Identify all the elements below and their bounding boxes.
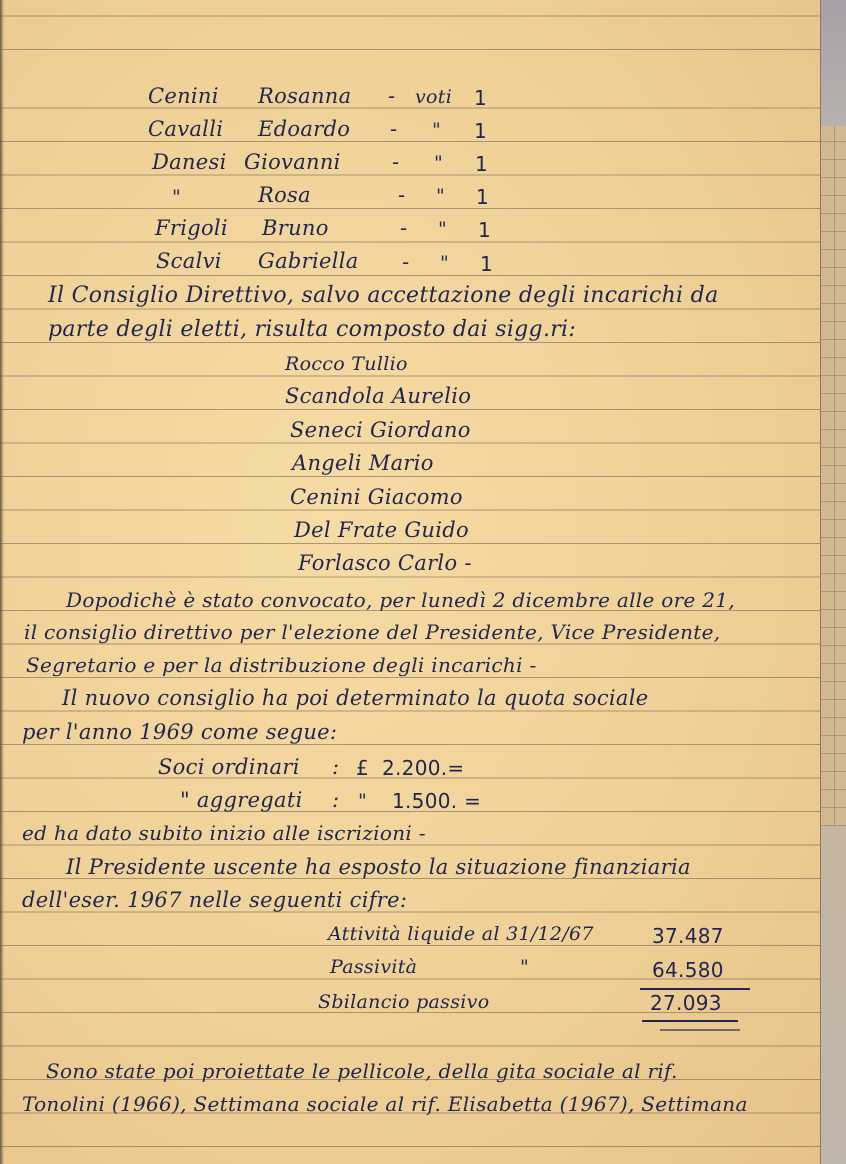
total-underline (642, 1020, 738, 1022)
fee-amount: 1.500. = (392, 791, 481, 811)
total-double-underline (660, 1029, 740, 1031)
vote-count: 1 (480, 254, 493, 274)
council-intro-line1: Il Consiglio Direttivo, salvo accettazio… (48, 285, 718, 307)
vote-dash: - (400, 218, 407, 239)
vote-surname: Cavalli (148, 119, 223, 140)
fee-label: " aggregati (180, 790, 303, 811)
vote-name: Rosa (258, 185, 311, 206)
fee-amount: 2.200.= (382, 758, 464, 778)
notebook-page: Cenini Rosanna - voti 1 Cavalli Edoardo … (0, 0, 820, 1164)
council-member: Scandola Aurelio (285, 386, 471, 407)
fees-line1: Il nuovo consiglio ha poi determinato la… (62, 688, 649, 709)
fee-currency: " (358, 792, 367, 811)
council-member: Forlasco Carlo - (298, 553, 472, 574)
finance-label: Sbilancio passivo (318, 993, 489, 1012)
vote-marker: " (438, 220, 447, 239)
finance-amount: 64.580 (652, 960, 724, 980)
vote-count: 1 (478, 220, 491, 240)
vote-surname: Scalvi (156, 251, 222, 272)
vote-count: 1 (476, 187, 489, 207)
vote-dash: - (392, 152, 399, 173)
finance-line1: Il Presidente uscente ha esposto la situ… (66, 857, 691, 878)
fees-line2: per l'anno 1969 come segue: (22, 722, 337, 743)
finance-amount: 27.093 (650, 993, 722, 1013)
vote-name: Giovanni (244, 152, 341, 173)
vote-surname: Danesi (152, 152, 227, 173)
vote-surname: " (172, 188, 181, 207)
vote-name: Gabriella (258, 251, 359, 272)
fees-closing: ed ha dato subito inizio alle iscrizioni… (22, 823, 426, 843)
vote-marker: " (434, 154, 443, 173)
vote-marker: " (432, 121, 441, 140)
vote-name: Rosanna (258, 86, 351, 107)
vote-count: 1 (474, 88, 487, 108)
sum-line (640, 988, 750, 990)
vote-surname: Frigoli (155, 218, 228, 239)
vote-count: 1 (475, 154, 488, 174)
graph-paper-edge (820, 126, 846, 826)
convocation-line2: il consiglio direttivo per l'elezione de… (24, 622, 720, 642)
vote-name: Edoardo (258, 119, 350, 140)
convocation-line3: Segretario e per la distribuzione degli … (26, 655, 537, 675)
vote-dash: - (398, 185, 405, 206)
vote-count: 1 (474, 121, 487, 141)
vote-marker: voti (415, 88, 452, 107)
fee-label: Soci ordinari (158, 757, 300, 778)
council-member: Seneci Giordano (290, 420, 471, 441)
page-binding-shadow (0, 0, 4, 1164)
council-member: Del Frate Guido (294, 520, 469, 541)
convocation-line1: Dopodichè è stato convocato, per lunedì … (66, 590, 735, 610)
vote-name: Bruno (262, 218, 329, 239)
vote-dash: - (390, 119, 397, 140)
fee-sep: : (332, 790, 339, 811)
fee-currency: £ (356, 758, 369, 778)
finance-label: Passività (330, 958, 417, 977)
vote-marker: " (436, 187, 445, 206)
films-line1: Sono state poi proiettate le pellicole, … (46, 1061, 678, 1081)
finance-label: Attività liquide al 31/12/67 (328, 925, 594, 944)
vote-dash: - (402, 252, 409, 273)
vote-dash: - (388, 86, 395, 107)
finance-amount: 37.487 (652, 926, 724, 946)
vote-surname: Cenini (148, 86, 219, 107)
vote-marker: " (440, 254, 449, 273)
finance-line2: dell'eser. 1967 nelle seguenti cifre: (22, 890, 407, 911)
council-member: Cenini Giacomo (290, 487, 463, 508)
council-intro-line2: parte degli eletti, risulta composto dai… (48, 319, 576, 341)
finance-ditto: " (520, 958, 529, 977)
fee-sep: : (332, 757, 339, 778)
council-member: Angeli Mario (292, 453, 434, 474)
council-member: Rocco Tullio (285, 355, 408, 374)
films-line2: Tonolini (1966), Settimana sociale al ri… (22, 1094, 748, 1114)
